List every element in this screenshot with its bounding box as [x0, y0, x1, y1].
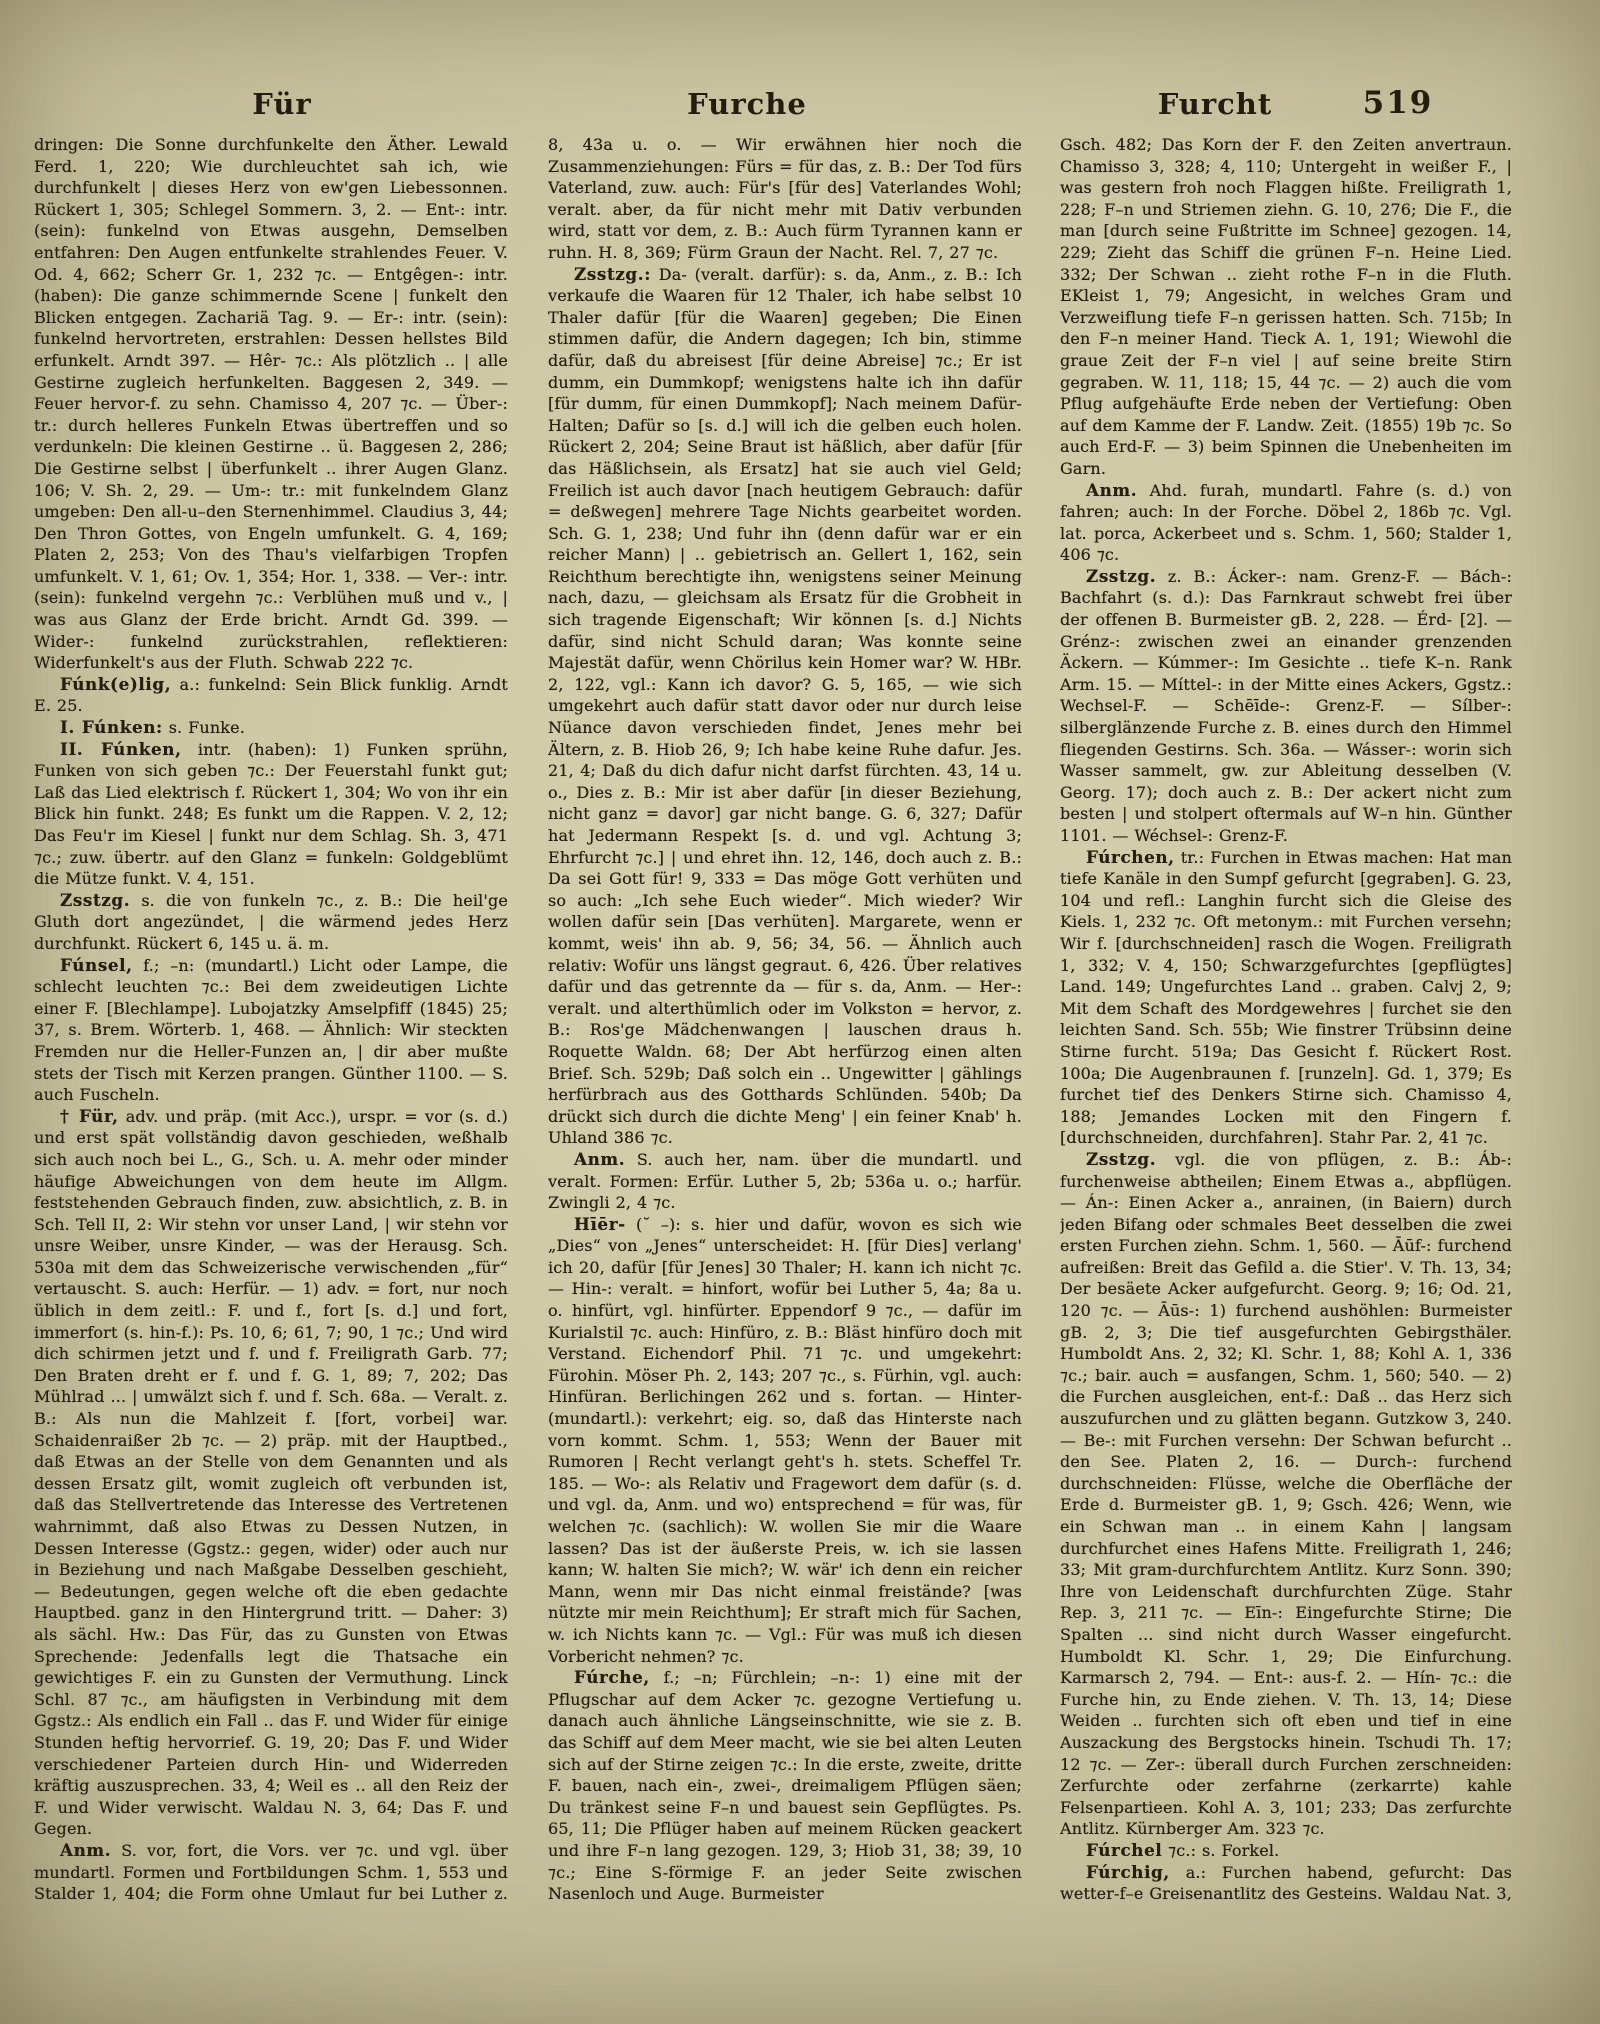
entry-headword: Anm. — [60, 1840, 111, 1860]
entry-headword: Zsstzg. — [1086, 1149, 1156, 1169]
entry-headword: Fúrchel — [1086, 1840, 1162, 1860]
paragraph: Gsch. 482; Das Korn der F. den Zeiten an… — [1060, 134, 1512, 480]
dictionary-entry: Zsstzg. z. B.: Ácker-: nam. Grenz-F. — B… — [1060, 566, 1512, 847]
entry-headword: I. Fúnken: — [60, 717, 163, 737]
dictionary-entry: I. Fúnken: s. Funke. — [34, 717, 508, 739]
dictionary-entry: Anm. S. vor, fort, die Vors. ver ⁊c. und… — [34, 1840, 508, 1904]
running-head-right: Furcht — [1158, 86, 1273, 122]
entry-headword: Anm. — [1086, 480, 1137, 500]
entry-headword: Anm. — [574, 1149, 625, 1169]
dictionary-entry: Fúrche, f.; –n; Fürchlein; –n-: 1) eine … — [548, 1667, 1022, 1904]
entry-headword: Fúrchen, — [1086, 847, 1175, 867]
text-column-2: 8, 43a u. o. — Wir erwähnen hier noch di… — [548, 134, 1022, 1904]
running-head-center: Furche — [687, 86, 807, 122]
text-column-3: Gsch. 482; Das Korn der F. den Zeiten an… — [1060, 134, 1512, 1904]
dictionary-page: Für Furche Furcht 519 dringen: Die Sonne… — [0, 0, 1600, 2024]
paragraph: 8, 43a u. o. — Wir erwähnen hier noch di… — [548, 134, 1022, 264]
text-column-1: dringen: Die Sonne durchfunkelte den Äth… — [34, 134, 508, 1904]
entry-headword: † Für, — [60, 1106, 119, 1126]
dictionary-entry: Zsstzg. s. die von funkeln ⁊c., z. B.: D… — [34, 890, 508, 955]
entry-headword: Fúnsel, — [60, 955, 133, 975]
dictionary-entry: Hīēr- (˘ –): s. hier und dafür, wovon es… — [548, 1214, 1022, 1667]
entry-headword: II. Fúnken, — [60, 739, 182, 759]
entry-headword: Zsstzg.: — [574, 264, 651, 284]
dictionary-entry: Zsstzg. vgl. die von pflügen, z. B.: Áb-… — [1060, 1149, 1512, 1840]
entry-headword: Fúnk(e)lig, — [60, 674, 171, 694]
dictionary-entry: Anm. Ahd. furah, mundartl. Fahre (s. d.)… — [1060, 480, 1512, 566]
entry-headword: Fúrche, — [574, 1667, 650, 1687]
entry-headword: Fúrchig, — [1086, 1862, 1170, 1882]
dictionary-entry: II. Fúnken, intr. (haben): 1) Funken spr… — [34, 739, 508, 890]
dictionary-entry: † Für, adv. und präp. (mit Acc.), urspr.… — [34, 1106, 508, 1840]
dictionary-entry: Anm. S. auch her, nam. über die mundartl… — [548, 1149, 1022, 1214]
page-number: 519 — [1363, 84, 1434, 120]
running-head-left: Für — [252, 86, 311, 122]
dictionary-entry: Fúnsel, f.; –n: (mundartl.) Licht oder L… — [34, 955, 508, 1106]
entry-headword: Zsstzg. — [60, 890, 130, 910]
paragraph: dringen: Die Sonne durchfunkelte den Äth… — [34, 134, 508, 674]
dictionary-entry: Fúrchel ⁊c.: s. Forkel. — [1060, 1840, 1512, 1862]
entry-headword: Zsstzg. — [1086, 566, 1156, 586]
dictionary-entry: Fúnk(e)lig, a.: funkelnd: Sein Blick fun… — [34, 674, 508, 717]
dictionary-entry: Fúrchen, tr.: Furchen in Etwas machen: H… — [1060, 847, 1512, 1149]
dictionary-entry: Fúrchig, a.: Furchen habend, gefurcht: D… — [1060, 1862, 1512, 1905]
entry-headword: Hīēr- — [574, 1214, 626, 1234]
dictionary-entry: Zsstzg.: Da- (veralt. darfür): s. da, An… — [548, 264, 1022, 1149]
